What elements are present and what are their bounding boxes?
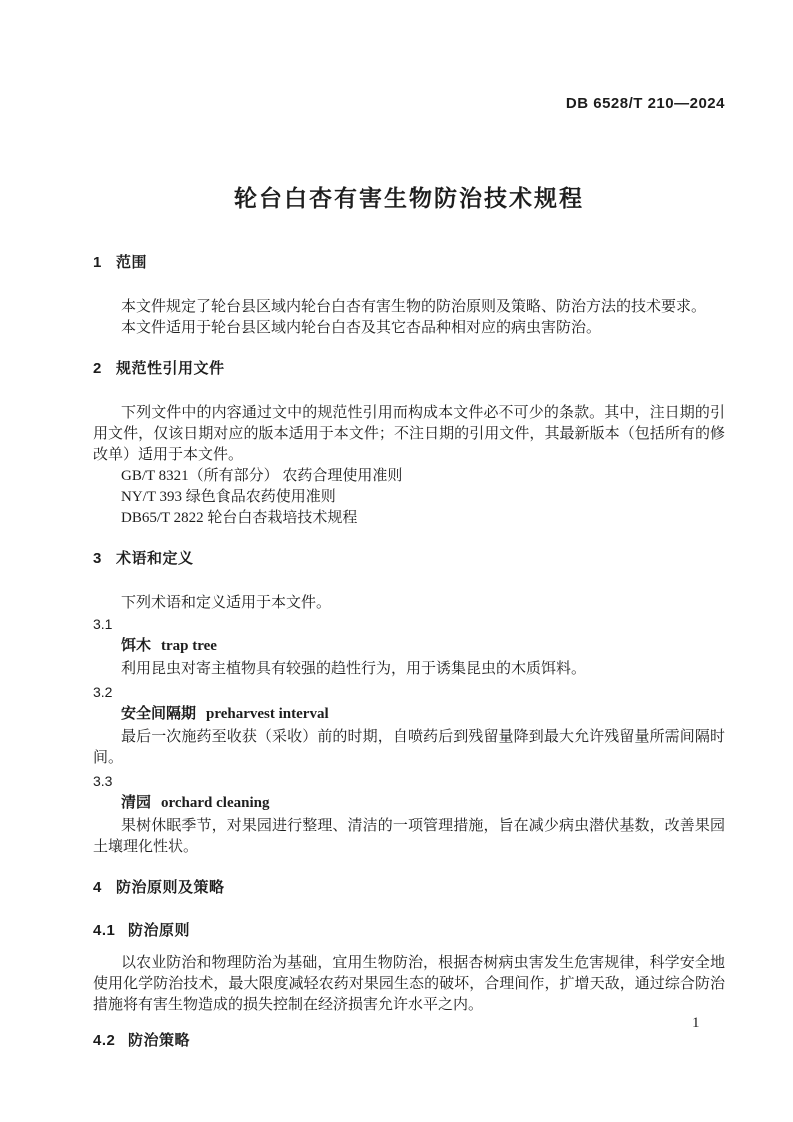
paragraph: 以农业防治和物理防治为基础，宜用生物防治，根据杏树病虫害发生危害规律，科学安全地… — [93, 953, 725, 1016]
section-heading-normative-references: 2规范性引用文件 — [93, 360, 725, 377]
section-number: 3 — [93, 550, 116, 567]
subsection-number: 4.2 — [93, 1032, 128, 1049]
term-entry: 3.3 清园orchard cleaning 果树休眠季节，对果园进行整理、清洁… — [93, 771, 725, 858]
term-number: 3.1 — [93, 614, 725, 635]
paragraph: 本文件适用于轮台县区域内轮台白杏及其它杏品种相对应的病虫害防治。 — [93, 318, 725, 339]
reference-item: GB/T 8321（所有部分） 农药合理使用准则 — [93, 466, 725, 487]
paragraph: 本文件规定了轮台县区域内轮台白杏有害生物的防治原则及策略、防治方法的技术要求。 — [93, 297, 725, 318]
section-heading-terms-definitions: 3术语和定义 — [93, 550, 725, 567]
term-definition: 果树休眠季节，对果园进行整理、清洁的一项管理措施，旨在减少病虫潜伏基数，改善果园… — [93, 816, 725, 858]
section-title: 术语和定义 — [116, 550, 194, 567]
section-title: 范围 — [116, 254, 147, 271]
section-heading-scope: 1范围 — [93, 254, 725, 271]
subsection-heading-control-principle: 4.1防治原则 — [93, 922, 725, 939]
doc-title: 轮台白杏有害生物防治技术规程 — [93, 183, 725, 213]
term-entry: 3.1 饵木trap tree 利用昆虫对寄主植物具有较强的趋性行为，用于诱集昆… — [93, 614, 725, 680]
term-definition: 最后一次施药至收获（采收）前的时期，自喷药后到残留量降到最大允许残留量所需间隔时… — [93, 727, 725, 769]
term-name-zh: 饵木 — [121, 637, 151, 654]
section-title: 规范性引用文件 — [116, 360, 225, 377]
term-name-zh: 清园 — [121, 794, 151, 811]
term-name: 清园orchard cleaning — [93, 792, 725, 814]
term-name-en: preharvest interval — [206, 706, 329, 722]
term-name-en: trap tree — [161, 638, 217, 654]
reference-item: DB65/T 2822 轮台白杏栽培技术规程 — [93, 508, 725, 529]
paragraph: 下列文件中的内容通过文中的规范性引用而构成本文件必不可少的条款。其中，注日期的引… — [93, 403, 725, 466]
term-definition: 利用昆虫对寄主植物具有较强的趋性行为，用于诱集昆虫的木质饵料。 — [93, 659, 725, 680]
term-name-en: orchard cleaning — [161, 795, 269, 811]
document-page: DB 6528/T 210—2024 轮台白杏有害生物防治技术规程 1范围 本文… — [0, 0, 793, 1122]
section-number: 2 — [93, 360, 116, 377]
term-name: 饵木trap tree — [93, 635, 725, 657]
section-number: 4 — [93, 879, 116, 896]
section-heading-control-principles: 4防治原则及策略 — [93, 879, 725, 896]
subsection-title: 防治策略 — [128, 1032, 190, 1049]
subsection-heading-control-strategy: 4.2防治策略 — [93, 1032, 725, 1049]
terms-intro: 下列术语和定义适用于本文件。 — [93, 593, 725, 614]
term-name-zh: 安全间隔期 — [121, 705, 196, 722]
term-name: 安全间隔期preharvest interval — [93, 703, 725, 725]
page-number: 1 — [692, 1015, 700, 1032]
subsection-title: 防治原则 — [128, 922, 190, 939]
term-entry: 3.2 安全间隔期preharvest interval 最后一次施药至收获（采… — [93, 682, 725, 769]
document-content: DB 6528/T 210—2024 轮台白杏有害生物防治技术规程 1范围 本文… — [93, 0, 725, 1063]
section-title: 防治原则及策略 — [116, 879, 225, 896]
doc-number: DB 6528/T 210—2024 — [93, 96, 725, 111]
section-number: 1 — [93, 254, 116, 271]
reference-item: NY/T 393 绿色食品农药使用准则 — [93, 487, 725, 508]
subsection-number: 4.1 — [93, 922, 128, 939]
term-number: 3.2 — [93, 682, 725, 703]
term-number: 3.3 — [93, 771, 725, 792]
